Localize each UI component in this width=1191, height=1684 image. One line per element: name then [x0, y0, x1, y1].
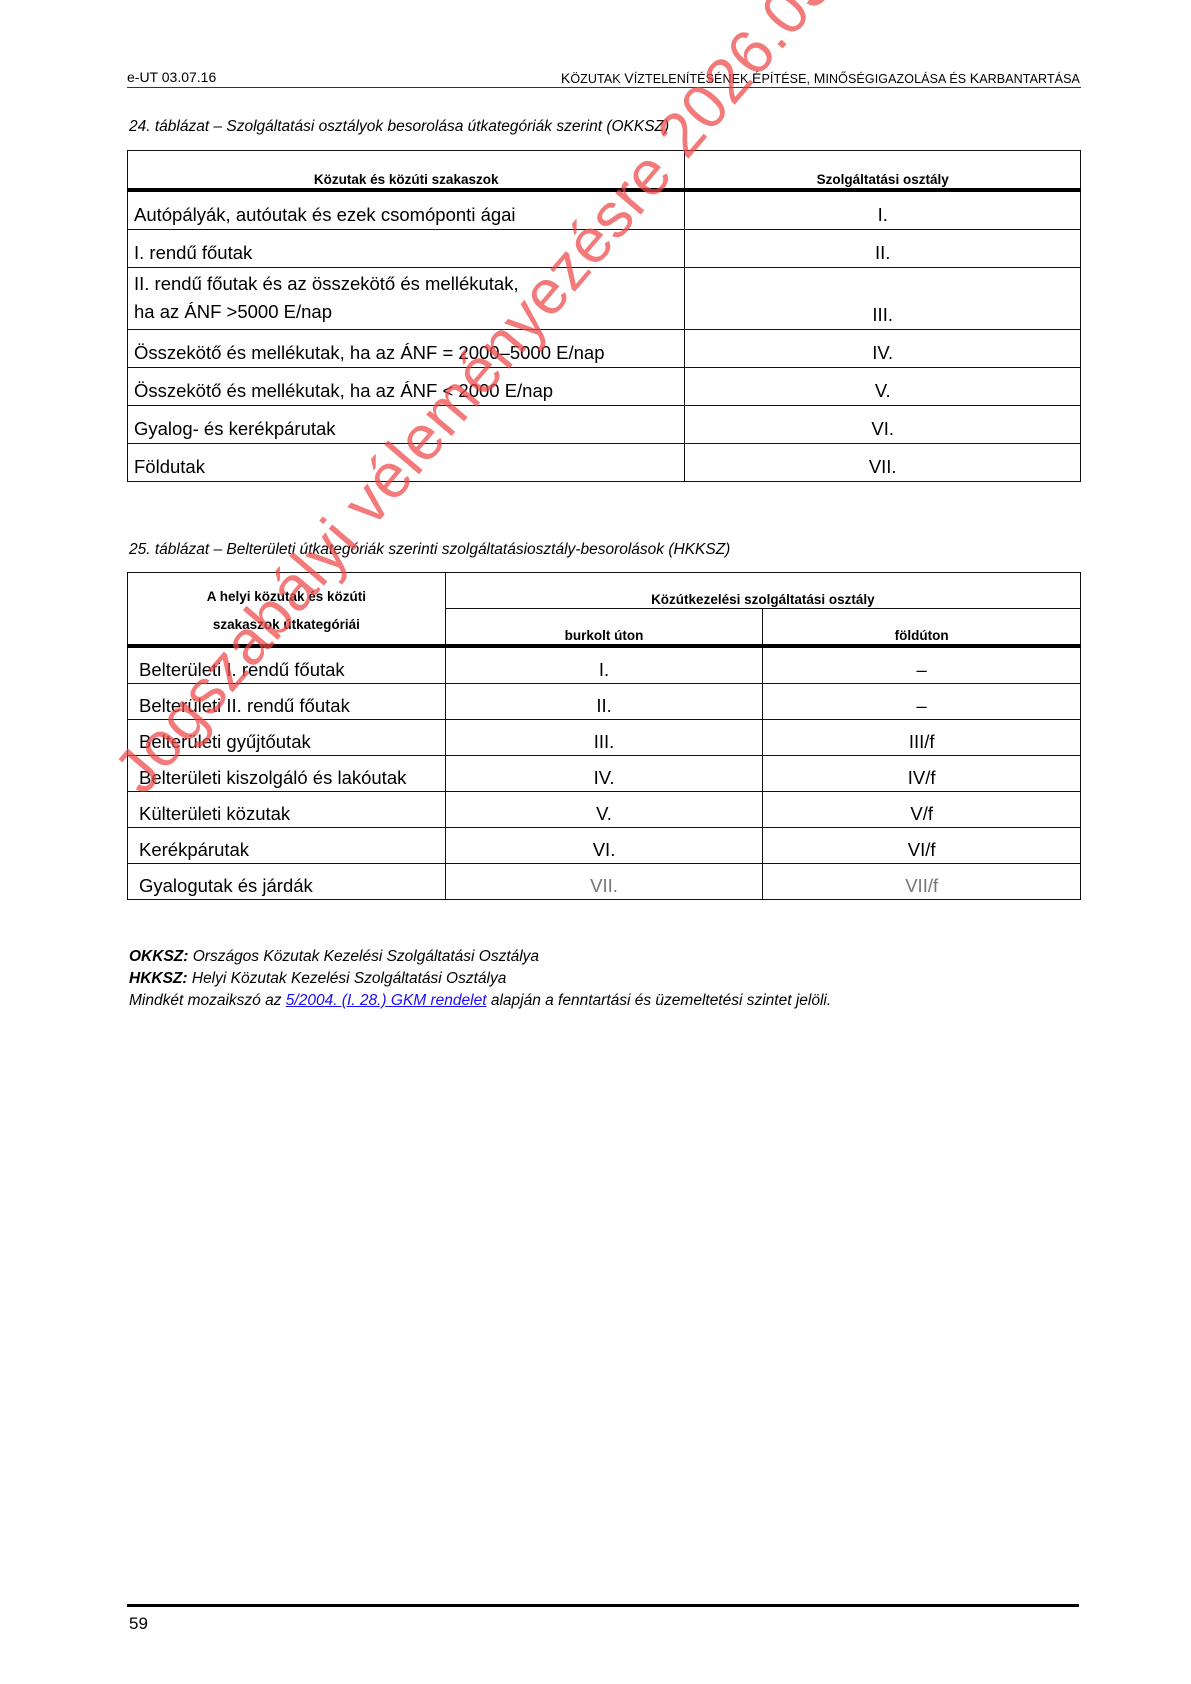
service-class-cell: VII. — [685, 444, 1081, 482]
unpaved-class-cell: VI/f — [763, 828, 1081, 864]
footnote-okksz: OKKSZ: Országos Közutak Kezelési Szolgál… — [129, 946, 831, 968]
table-row: Összekötő és mellékutak, ha az ÁNF < 200… — [128, 368, 1081, 406]
road-category-cell: Belterületi I. rendű főutak — [128, 646, 446, 684]
road-category-cell: Gyalog- és kerékpárutak — [128, 406, 685, 444]
table-25-caption: 25. táblázat – Belterületi útkategóriák … — [129, 541, 730, 559]
unpaved-class-cell: III/f — [763, 720, 1081, 756]
footnote-hkksz: HKKSZ: Helyi Közutak Kezelési Szolgáltat… — [129, 968, 831, 990]
road-category-cell: I. rendű főutak — [128, 230, 685, 268]
road-category-cell: Külterületi közutak — [128, 792, 446, 828]
unpaved-class-cell: – — [763, 684, 1081, 720]
row-header-line-2: szakaszok útkategóriái — [213, 617, 360, 632]
column-group-header-service-class: Közútkezelési szolgáltatási osztály — [445, 573, 1080, 609]
table-row: KerékpárutakVI.VI/f — [128, 828, 1081, 864]
table-row: I. rendű főutakII. — [128, 230, 1081, 268]
footnotes: OKKSZ: Országos Közutak Kezelési Szolgál… — [129, 946, 831, 1012]
paved-class-cell: III. — [445, 720, 763, 756]
abbr-hkksz: HKKSZ: — [129, 970, 188, 987]
table-25-hkksz: A helyi közutak és közúti szakaszok útka… — [127, 572, 1081, 900]
header-divider — [127, 87, 1081, 88]
road-category-text: Összekötő és mellékutak, ha az ÁNF < 200… — [134, 380, 553, 401]
table-24-caption: 24. táblázat – Szolgáltatási osztályok b… — [129, 118, 669, 136]
road-category-cell: Kerékpárutak — [128, 828, 446, 864]
row-header-line-1: A helyi közutak és közúti — [207, 589, 366, 604]
road-category-cell: Belterületi gyűjtőutak — [128, 720, 446, 756]
column-header-road-sections: Közutak és közúti szakaszok — [128, 151, 685, 191]
unpaved-class-cell: V/f — [763, 792, 1081, 828]
table-row: Összekötő és mellékutak, ha az ÁNF = 200… — [128, 330, 1081, 368]
service-class-cell: II. — [685, 230, 1081, 268]
table-row: Gyalogutak és járdákVII.VII/f — [128, 864, 1081, 900]
road-category-cell: Földutak — [128, 444, 685, 482]
unpaved-class-cell: IV/f — [763, 756, 1081, 792]
running-title: KÖZUTAK VÍZTELENÍTÉSÉNEK ÉPÍTÉSE, MINŐSÉ… — [561, 70, 1080, 86]
column-header-service-class: Szolgáltatási osztály — [685, 151, 1081, 191]
definition-hkksz: Helyi Közutak Kezelési Szolgáltatási Osz… — [188, 970, 507, 987]
footer-divider — [127, 1604, 1079, 1607]
road-category-cell: Belterületi kiszolgáló és lakóutak — [128, 756, 446, 792]
unpaved-class-cell: – — [763, 646, 1081, 684]
table-row: Gyalog- és kerékpárutakVI. — [128, 406, 1081, 444]
road-category-cell: Összekötő és mellékutak, ha az ÁNF = 200… — [128, 330, 685, 368]
document-id: e-UT 03.07.16 — [127, 69, 216, 85]
table-row: Külterületi közutakV.V/f — [128, 792, 1081, 828]
road-category-cell: Összekötő és mellékutak, ha az ÁNF < 200… — [128, 368, 685, 406]
paved-class-cell: IV. — [445, 756, 763, 792]
column-header-unpaved: földúton — [763, 609, 1081, 647]
table-row: Belterületi kiszolgáló és lakóutakIV.IV/… — [128, 756, 1081, 792]
road-category-text: II. rendű főutak és az összekötő és mell… — [134, 273, 519, 294]
table-row: Belterületi gyűjtőutakIII.III/f — [128, 720, 1081, 756]
paved-class-cell: VI. — [445, 828, 763, 864]
road-category-cell: Gyalogutak és járdák — [128, 864, 446, 900]
road-category-text: ha az ÁNF >5000 E/nap — [134, 301, 332, 322]
column-header-paved: burkolt úton — [445, 609, 763, 647]
road-category-text: I. rendű főutak — [134, 242, 252, 263]
unpaved-class-cell: VII/f — [763, 864, 1081, 900]
table-row: II. rendű főutak és az összekötő és mell… — [128, 268, 1081, 330]
page-number: 59 — [129, 1614, 148, 1634]
service-class-cell: VI. — [685, 406, 1081, 444]
paved-class-cell: VII. — [445, 864, 763, 900]
note-text-after: alapján a fenntartási és üzemeltetési sz… — [487, 992, 832, 1009]
paved-class-cell: II. — [445, 684, 763, 720]
service-class-cell: V. — [685, 368, 1081, 406]
road-category-cell: II. rendű főutak és az összekötő és mell… — [128, 268, 685, 330]
definition-okksz: Országos Közutak Kezelési Szolgáltatási … — [188, 948, 539, 965]
table-row: Belterületi I. rendű főutakI.– — [128, 646, 1081, 684]
regulation-link[interactable]: 5/2004. (I. 28.) GKM rendelet — [286, 992, 487, 1009]
table-row: Belterületi II. rendű főutakII.– — [128, 684, 1081, 720]
table-row: Autópályák, autóutak és ezek csomóponti … — [128, 190, 1081, 230]
service-class-cell: III. — [685, 268, 1081, 330]
road-category-text: Összekötő és mellékutak, ha az ÁNF = 200… — [134, 342, 605, 363]
paved-class-cell: I. — [445, 646, 763, 684]
abbr-okksz: OKKSZ: — [129, 948, 188, 965]
note-text-before: Mindkét mozaikszó az — [129, 992, 286, 1009]
table-row: FöldutakVII. — [128, 444, 1081, 482]
road-category-text: Gyalog- és kerékpárutak — [134, 418, 336, 439]
footnote-note: Mindkét mozaikszó az 5/2004. (I. 28.) GK… — [129, 990, 831, 1012]
road-category-text: Földutak — [134, 456, 205, 477]
paved-class-cell: V. — [445, 792, 763, 828]
column-header-road-categories: A helyi közutak és közúti szakaszok útka… — [128, 573, 446, 647]
table-24-okksz: Közutak és közúti szakaszok Szolgáltatás… — [127, 150, 1081, 482]
service-class-cell: I. — [685, 190, 1081, 230]
road-category-cell: Belterületi II. rendű főutak — [128, 684, 446, 720]
service-class-cell: IV. — [685, 330, 1081, 368]
road-category-text: Autópályák, autóutak és ezek csomóponti … — [134, 204, 516, 225]
road-category-cell: Autópályák, autóutak és ezek csomóponti … — [128, 190, 685, 230]
